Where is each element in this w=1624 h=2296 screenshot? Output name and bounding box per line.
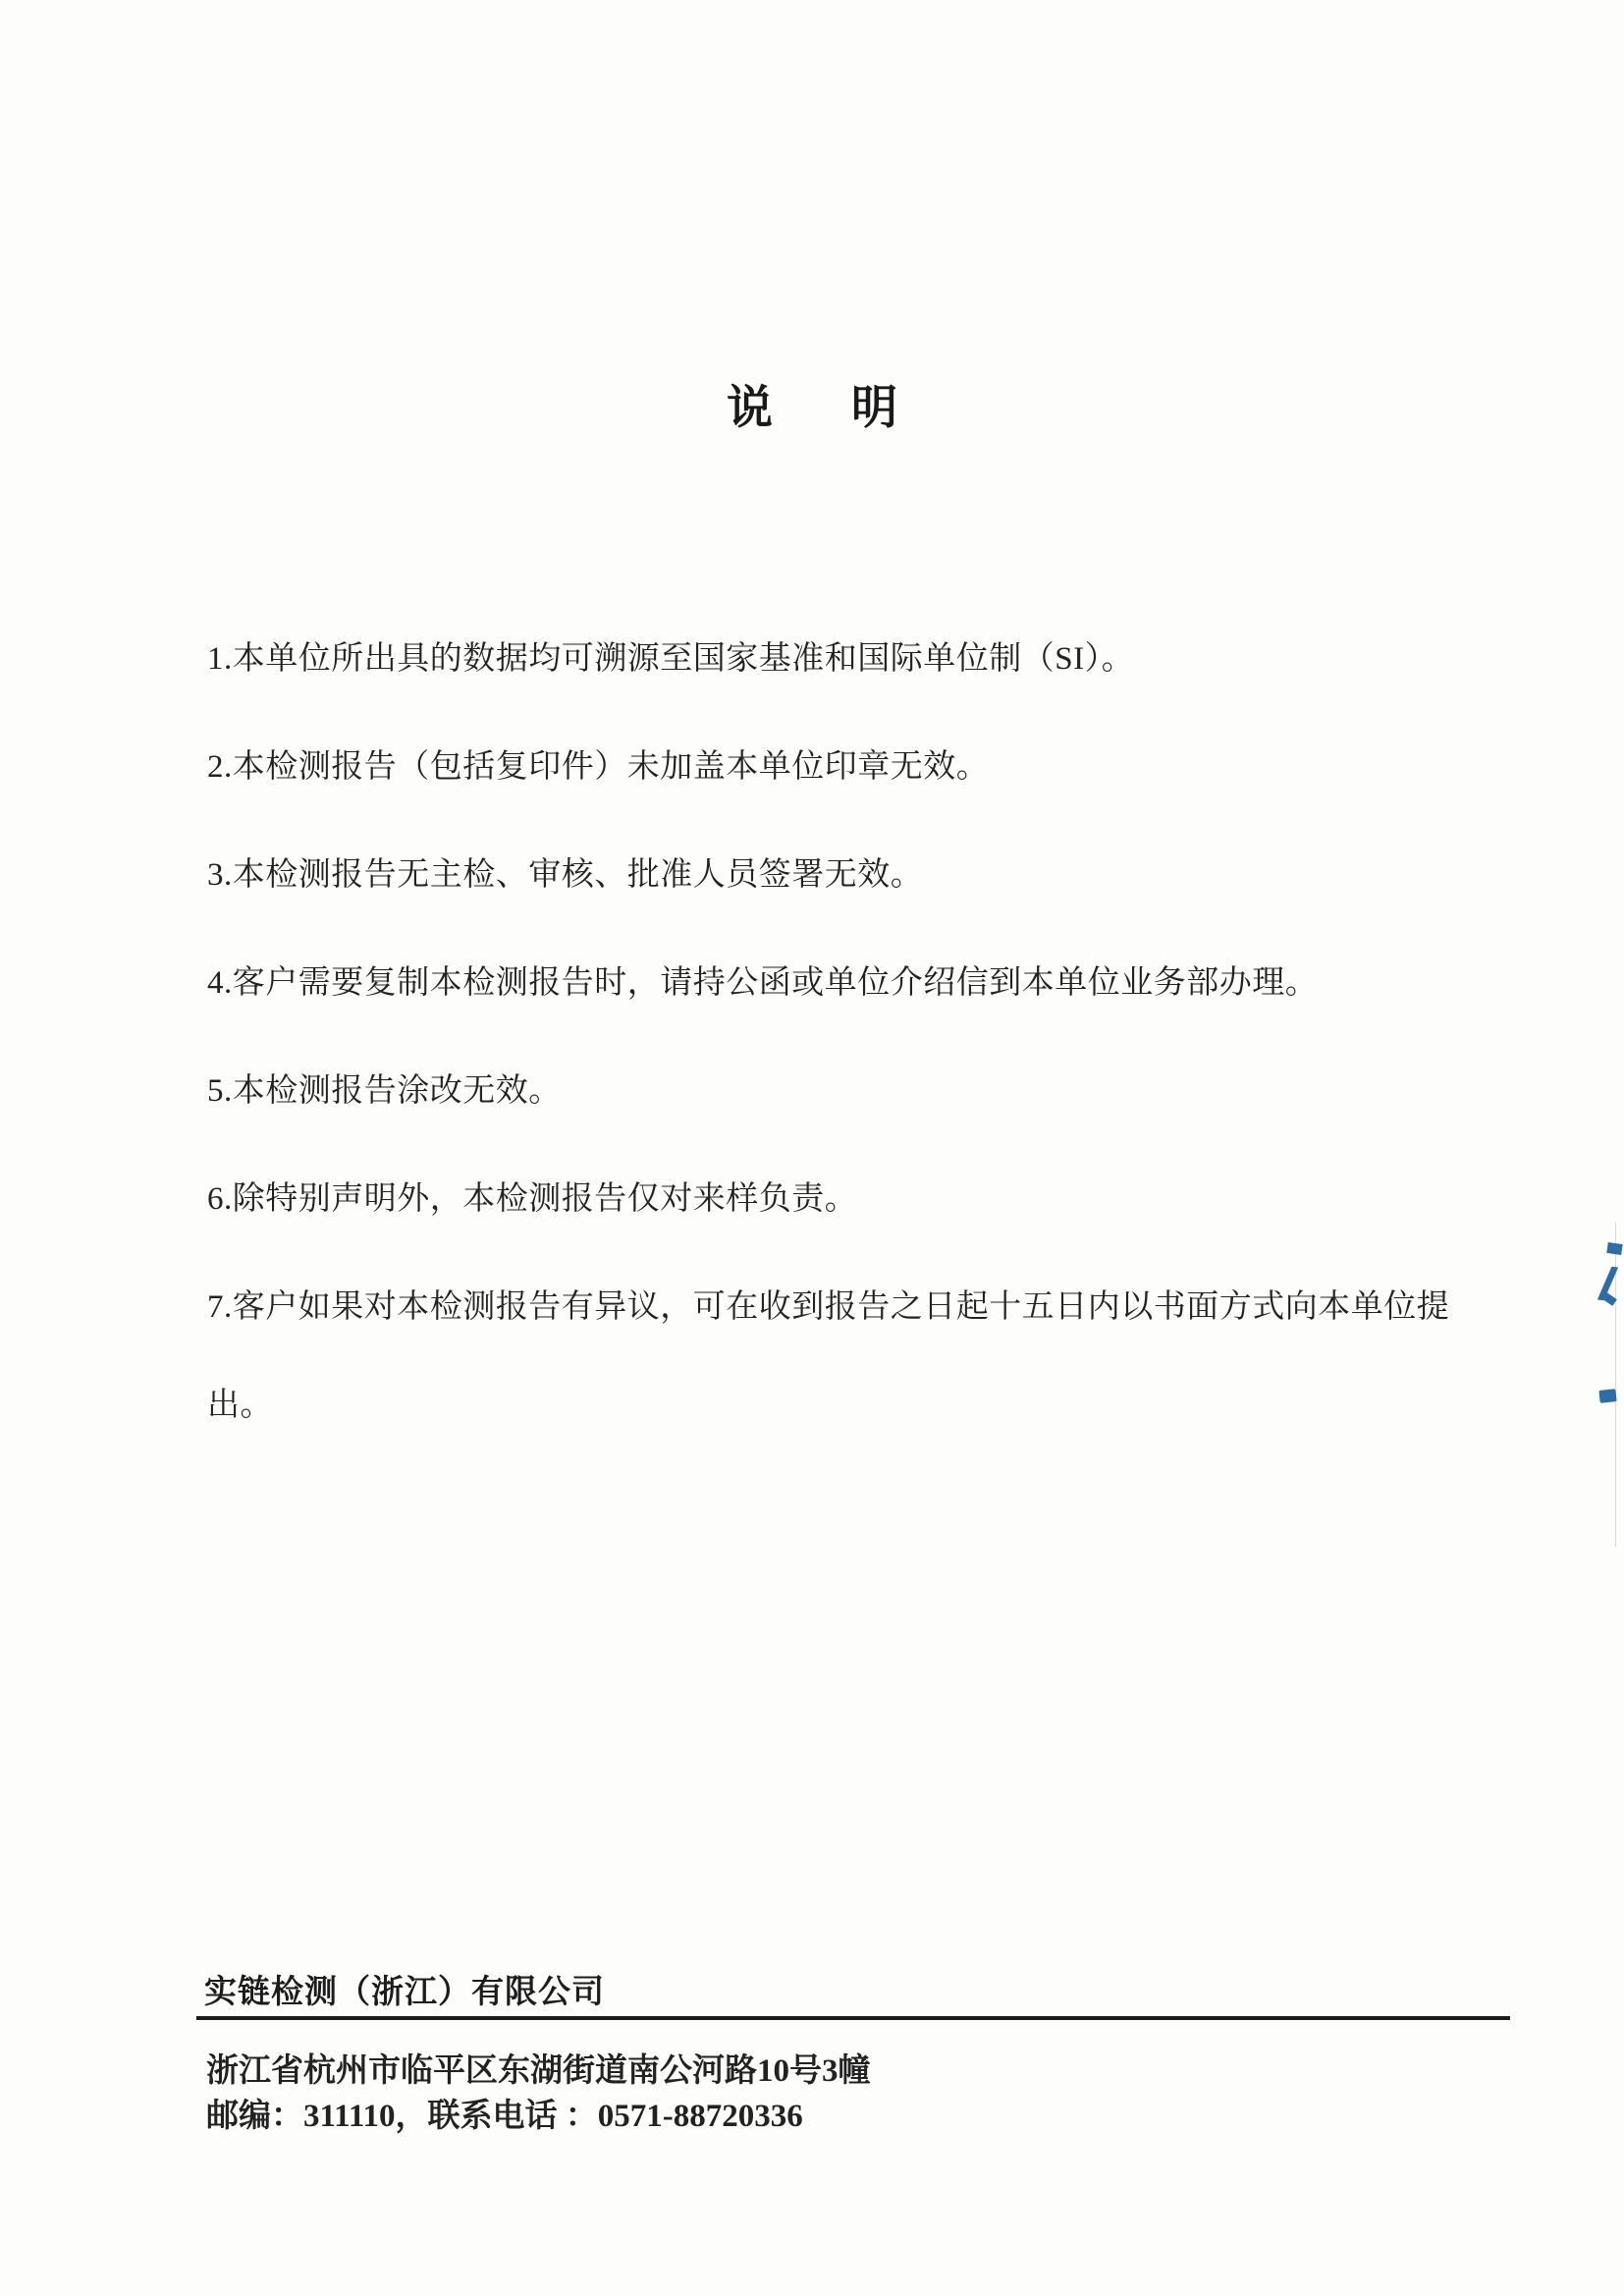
- company-address: 浙江省杭州市临平区东湖街道南公河路10号3幢: [206, 2049, 871, 2094]
- note-item-6: 6.除特别声明外，本检测报告仅对来样负责。: [207, 1183, 1543, 1216]
- page-title: 说 明: [0, 371, 1624, 437]
- page-title-char-2: 明: [851, 371, 897, 437]
- note-item-7: 7.客户如果对本检测报告有异议，可在收到报告之日起十五日内以书面方式向本单位提: [207, 1291, 1543, 1324]
- company-name: 实链检测（浙江）有限公司: [204, 1975, 605, 2010]
- note-item-4: 4.客户需要复制本检测报告时，请持公函或单位介绍信到本单位业务部办理。: [207, 967, 1543, 1000]
- note-item-2: 2.本检测报告（包括复印件）未加盖本单位印章无效。: [207, 751, 1543, 784]
- note-item-5: 5.本检测报告涂改无效。: [207, 1075, 1543, 1108]
- company-contact: 邮编：311110，联系电话 ：0571-88720336: [206, 2094, 871, 2139]
- note-item-7-continued: 出。: [207, 1390, 1543, 1422]
- note-item-1: 1.本单位所出具的数据均可溯源至国家基准和国际单位制（SI）。: [207, 643, 1543, 676]
- page-title-char-1: 说: [727, 371, 773, 437]
- company-name-underline: 实链检测（浙江）有限公司: [196, 1966, 1510, 2020]
- footer-address-block: 浙江省杭州市临平区东湖街道南公河路10号3幢 邮编：311110，联系电话 ：0…: [206, 2049, 871, 2139]
- blue-stamp-fragment-icon: [1598, 1389, 1616, 1403]
- blue-stamp-fragment-icon: [1606, 1242, 1622, 1255]
- report-notes-page: 说 明 1.本单位所出具的数据均可溯源至国家基准和国际单位制（SI）。 2.本检…: [0, 0, 1624, 2296]
- note-item-3: 3.本检测报告无主检、审核、批准人员签署无效。: [207, 859, 1543, 892]
- notes-list: 1.本单位所出具的数据均可溯源至国家基准和国际单位制（SI）。 2.本检测报告（…: [207, 643, 1543, 1498]
